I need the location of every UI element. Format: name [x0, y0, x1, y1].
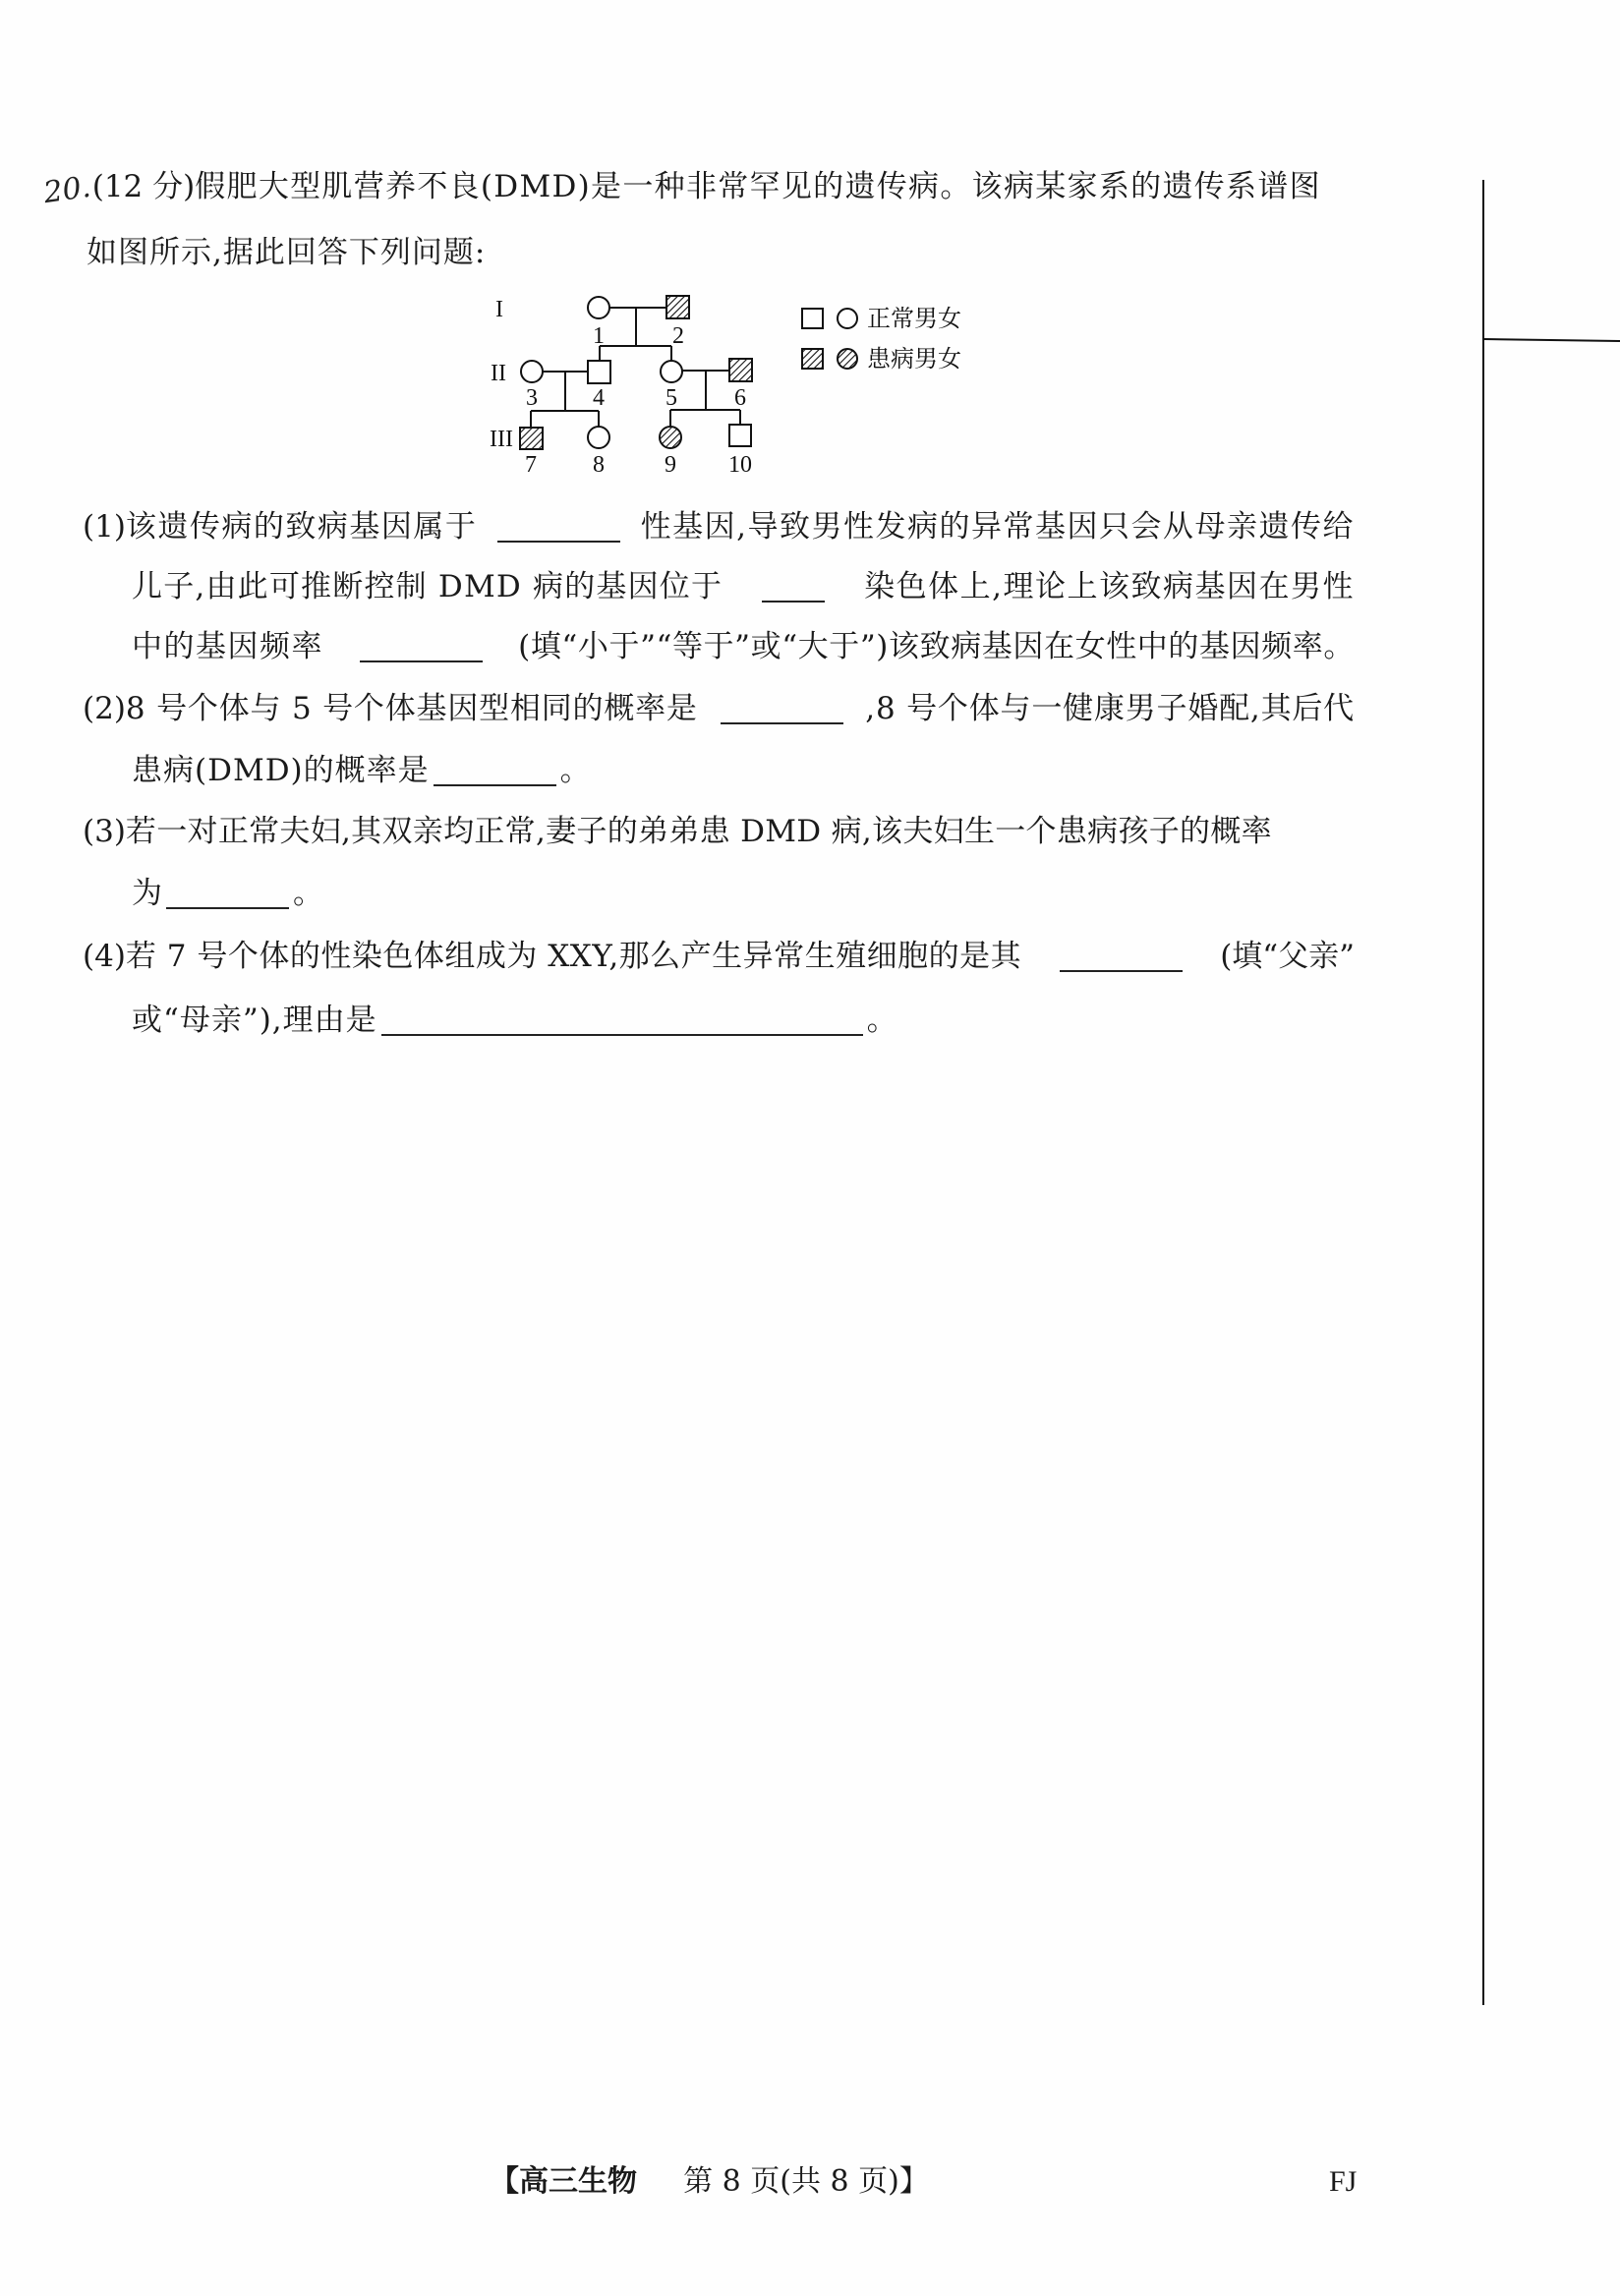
subq2-line2: 患病(DMD)的概率是 。: [132, 751, 591, 790]
page-footer: 【高三生物 第 8 页(共 8 页)】: [490, 2162, 929, 2202]
legend-normal-label: 正常男女: [867, 305, 961, 332]
legend-male-affected-icon: [802, 349, 823, 369]
subq4-text-b: (填“父亲”: [1220, 937, 1355, 976]
subq1-label: (1): [83, 509, 126, 545]
individual-3-female-normal: [521, 361, 543, 382]
question-number: 20.: [41, 168, 93, 213]
subq1-text-d: 染色体上,理论上该致病基因在男性: [864, 567, 1355, 606]
footer-page-number: 第 8 页(共 8 页)】: [683, 2164, 929, 2199]
subq2-line1: (2)8 号个体与 5 号个体基因型相同的概率是 ,8 号个体与一健康男子婚配,…: [83, 689, 1355, 728]
subq3-text-c: 。: [293, 874, 323, 913]
subq1-text-a: 该遗传病的致病基因属于: [126, 509, 478, 545]
subq1-text-c: 儿子,由此可推断控制 DMD 病的基因位于: [132, 567, 723, 606]
footer-code: FJ: [1329, 2162, 1357, 2202]
answer-blank-1c[interactable]: [360, 631, 483, 662]
subq4-text-c: 或“母亲”),理由是: [132, 1001, 377, 1040]
answer-blank-1a[interactable]: [497, 511, 620, 543]
label-9: 9: [665, 452, 676, 478]
subq2-text-a: 8 号个体与 5 号个体基因型相同的概率是: [126, 691, 698, 726]
subq3-text-b: 为: [132, 874, 162, 913]
label-4: 4: [593, 385, 605, 411]
pedigree-chart: I II III 1 2 3 4 5 6 7 8 9 10 正常男女 患病男女: [482, 287, 993, 484]
individual-6-male-affected: [729, 359, 752, 381]
individual-7-male-affected: [520, 428, 543, 449]
legend-female-affected-icon: [838, 349, 857, 369]
generation-label-I: I: [495, 297, 503, 322]
label-8: 8: [593, 452, 605, 478]
subq4-text-a: 若 7 号个体的性染色体组成为 XXY,那么产生异常生殖细胞的是其: [126, 939, 1021, 974]
answer-blank-3[interactable]: [166, 878, 289, 909]
answer-blank-4a[interactable]: [1060, 941, 1183, 972]
subq1-text-e: 中的基因频率: [132, 627, 323, 666]
question-points: (12 分): [92, 167, 196, 206]
subq3-label: (3): [83, 812, 126, 851]
legend-male-normal-icon: [802, 309, 823, 328]
subq2-label: (2): [83, 691, 126, 726]
answer-blank-2a[interactable]: [721, 693, 843, 724]
individual-10-male-normal: [729, 425, 751, 446]
subq1-text-f: (填“小于”“等于”或“大于”)该致病基因在女性中的基因频率。: [518, 627, 1355, 666]
legend-affected-label: 患病男女: [867, 345, 961, 373]
answer-blank-1b[interactable]: [762, 571, 825, 603]
label-2: 2: [672, 323, 684, 349]
subq2-text-d: 。: [560, 751, 591, 790]
answer-blank-2b[interactable]: [434, 755, 556, 786]
subq1-line3: 中的基因频率 (填“小于”“等于”或“大于”)该致病基因在女性中的基因频率。: [132, 627, 1355, 666]
subq1-line2: 儿子,由此可推断控制 DMD 病的基因位于 染色体上,理论上该致病基因在男性: [132, 567, 1355, 606]
footer-subject: 【高三生物: [490, 2164, 637, 2199]
generation-label-II: II: [491, 361, 506, 386]
pedigree-svg: I II III 1 2 3 4 5 6 7 8 9 10 正常男女 患病男女: [482, 287, 993, 484]
legend-female-normal-icon: [838, 309, 857, 328]
subq2-text-c: 患病(DMD)的概率是: [132, 751, 430, 790]
subq4-text-d: 。: [867, 1001, 897, 1040]
subq1-text-b: 性基因,导致男性发病的异常基因只会从母亲遗传给: [641, 507, 1355, 546]
question-intro-line1: 20. (12 分) 假肥大型肌营养不良(DMD)是一种非常罕见的遗传病。该病某…: [43, 167, 1355, 206]
subq3-line2: 为 。: [132, 874, 323, 913]
individual-2-male-affected: [666, 296, 689, 318]
subq3-line1: (3)若一对正常夫妇,其双亲均正常,妻子的弟弟患 DMD 病,该夫妇生一个患病孩…: [83, 812, 1355, 851]
question-intro-text2: 如图所示,据此回答下列问题:: [87, 233, 486, 272]
label-6: 6: [734, 385, 746, 411]
question-intro-line2: 如图所示,据此回答下列问题:: [87, 233, 486, 272]
individual-5-female-normal: [661, 361, 682, 382]
subq1-line1: (1)该遗传病的致病基因属于 性基因,导致男性发病的异常基因只会从母亲遗传给: [83, 507, 1355, 546]
individual-1-female-normal: [588, 297, 609, 318]
margin-horizontal-line: [1483, 338, 1620, 342]
subq3-text-a: 若一对正常夫妇,其双亲均正常,妻子的弟弟患 DMD 病,该夫妇生一个患病孩子的概…: [126, 812, 1272, 851]
individual-8-female-normal: [588, 427, 609, 448]
label-5: 5: [665, 385, 677, 411]
label-10: 10: [728, 452, 752, 478]
generation-label-III: III: [490, 427, 513, 452]
answer-blank-4b[interactable]: [381, 1004, 863, 1036]
individual-9-female-affected: [660, 427, 681, 448]
subq4-label: (4): [83, 939, 126, 974]
subq4-line1: (4)若 7 号个体的性染色体组成为 XXY,那么产生异常生殖细胞的是其 (填“…: [83, 937, 1355, 976]
label-1: 1: [593, 323, 605, 349]
question-intro-text: 假肥大型肌营养不良(DMD)是一种非常罕见的遗传病。该病某家系的遗传系谱图: [195, 167, 1321, 206]
individual-4-male-normal: [588, 361, 610, 383]
subq2-text-b: ,8 号个体与一健康男子婚配,其后代: [865, 689, 1355, 728]
margin-vertical-line: [1482, 180, 1484, 2005]
subq4-line2: 或“母亲”),理由是 。: [132, 1001, 897, 1040]
label-3: 3: [526, 385, 538, 411]
label-7: 7: [525, 452, 537, 478]
